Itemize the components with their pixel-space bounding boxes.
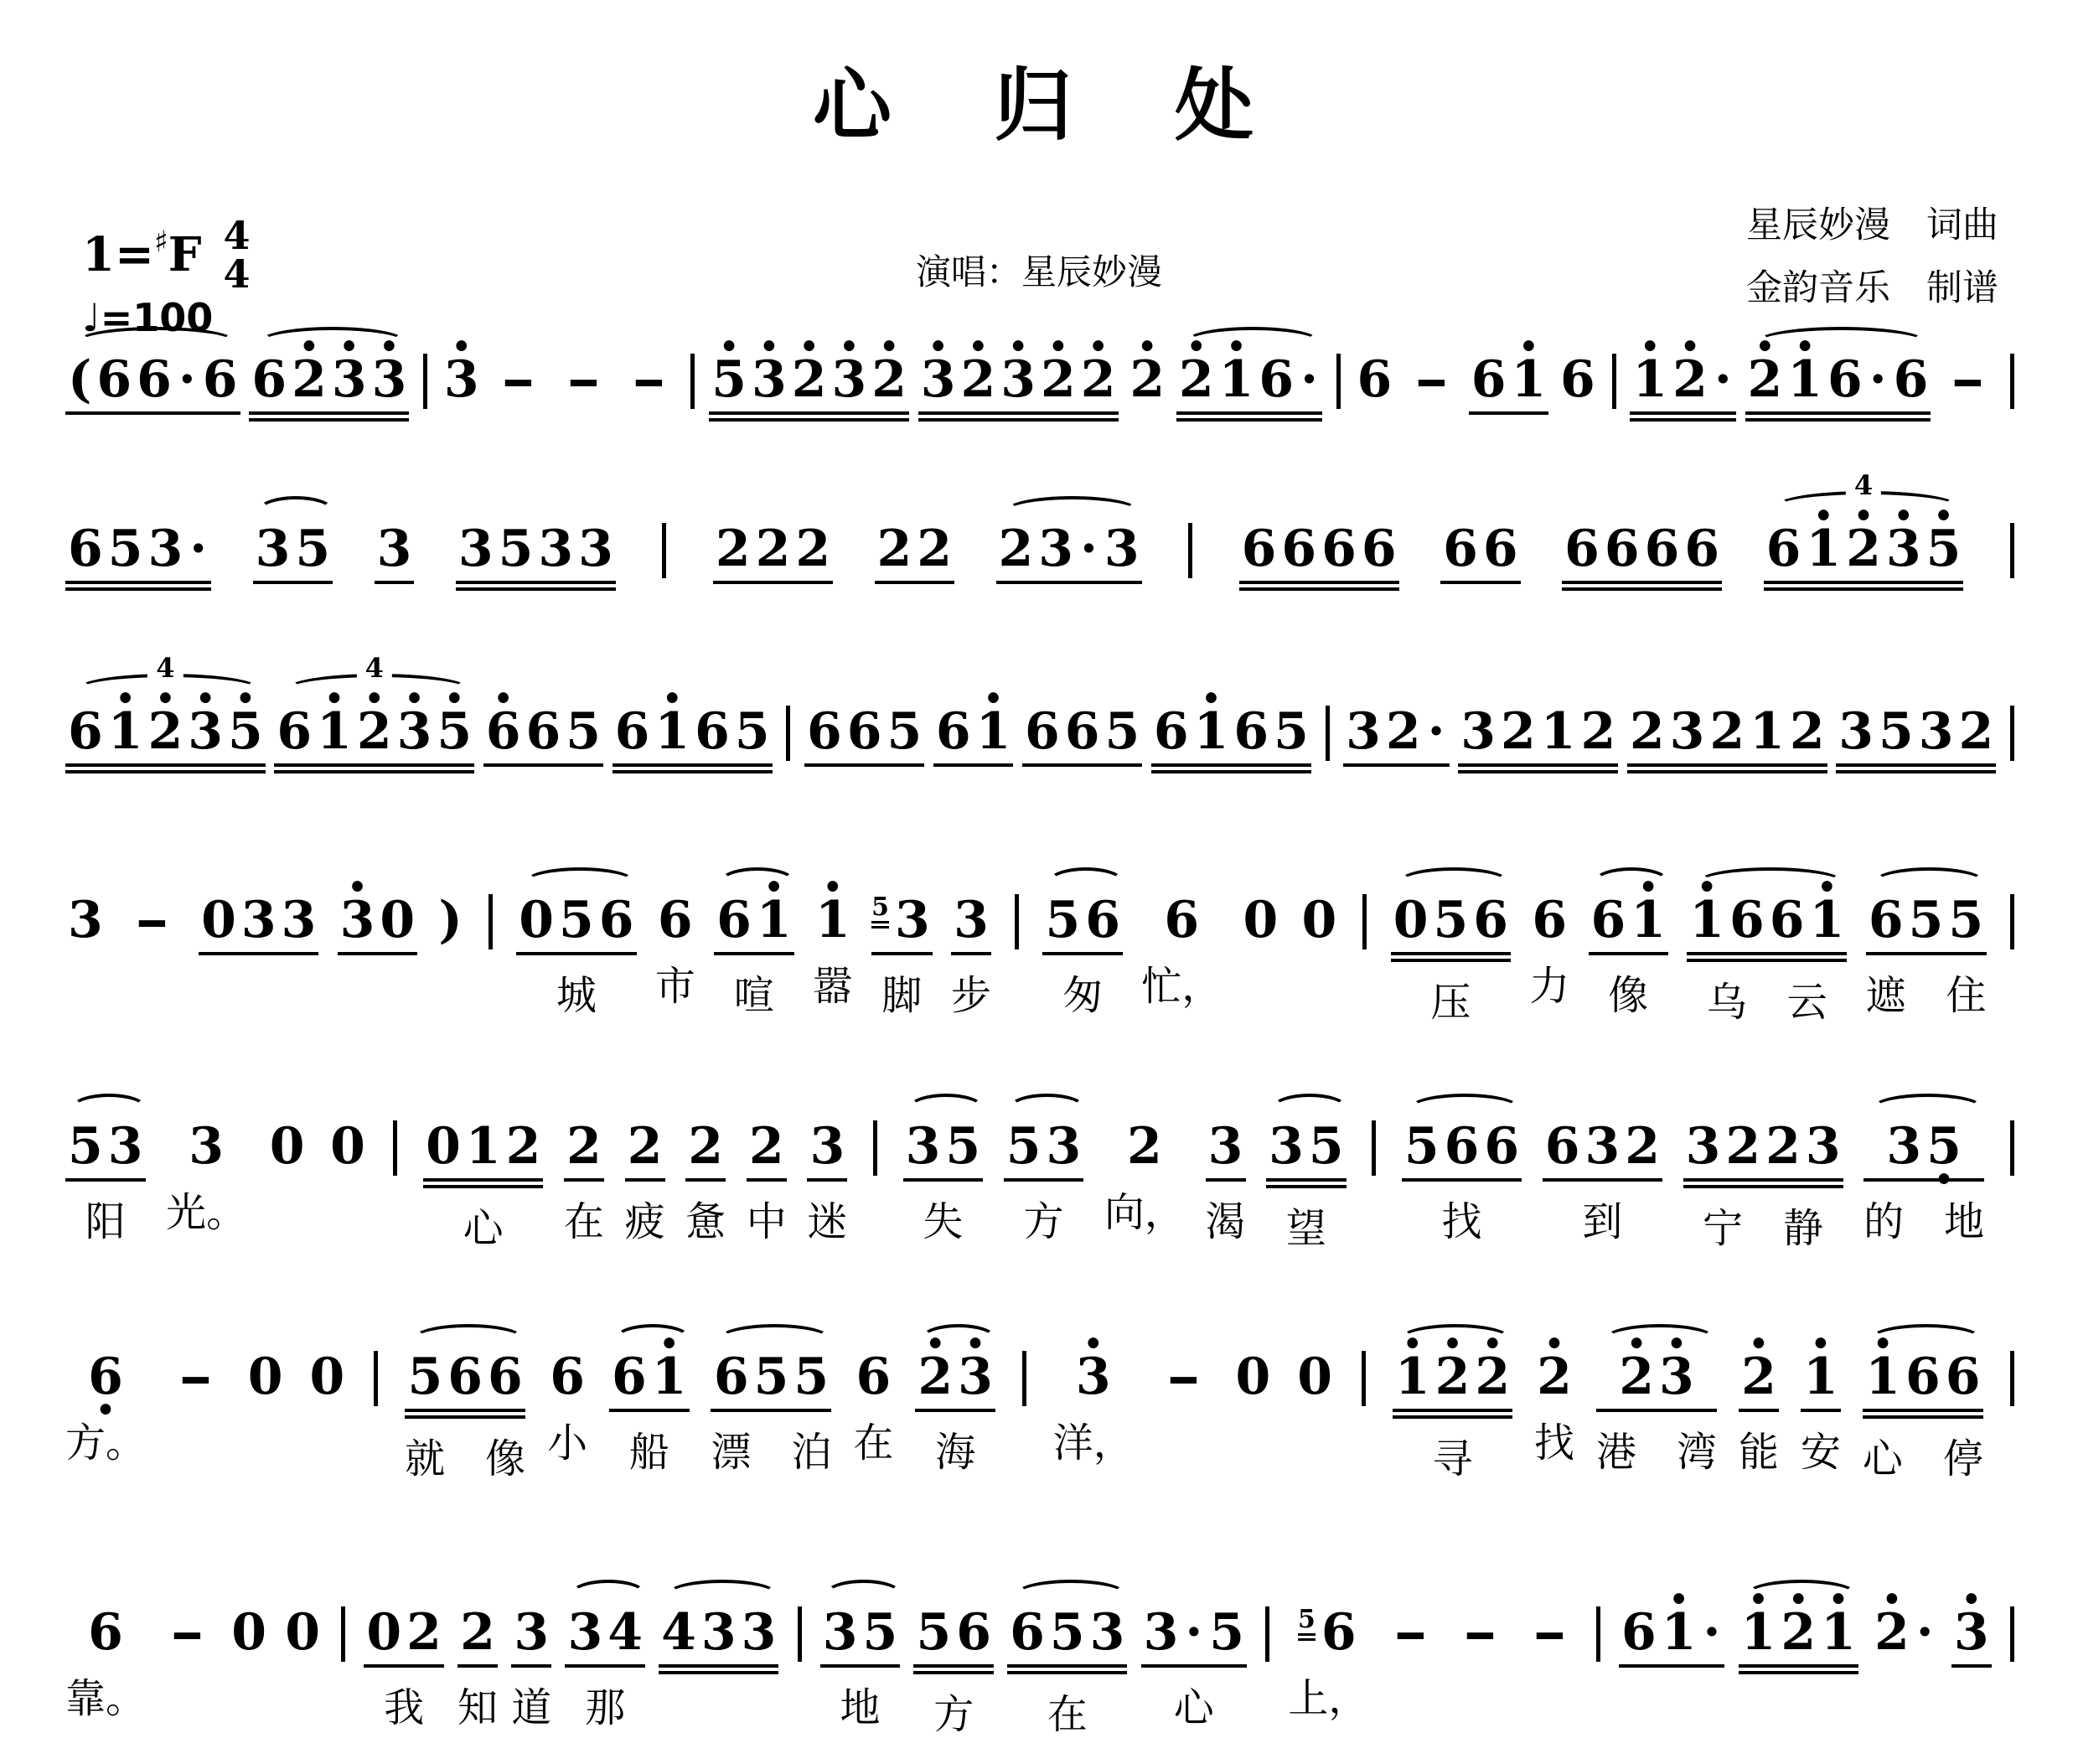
- notes: 216·6: [1745, 354, 1931, 406]
- note-group: 61像: [1589, 894, 1669, 1018]
- beam-line: [456, 581, 616, 584]
- note: 2: [789, 354, 830, 406]
- lyric: 漂 泊: [711, 1430, 831, 1475]
- score: (66·662333---53232323222216·6-61612·216·…: [65, 0, 2019, 1764]
- beam-line: [1745, 418, 1931, 422]
- notes: 35: [253, 523, 333, 575]
- notes: 122: [1393, 1351, 1512, 1403]
- note: 2: [457, 1606, 498, 1658]
- note: 3: [830, 354, 870, 406]
- note-group: -: [621, 354, 677, 406]
- notes: -: [168, 1351, 224, 1403]
- beam-line: [747, 1178, 787, 1182]
- beam-line: [405, 1409, 525, 1412]
- note: 6: [1767, 894, 1807, 946]
- notes: 61: [1589, 894, 1669, 946]
- note-group: 3: [442, 354, 482, 406]
- note: 0: [1391, 894, 1431, 946]
- system-7: 6靠。-0002我2知3道34那43335地56方653在3·5心56上，---…: [65, 1606, 2019, 1737]
- notes: 02: [364, 1606, 444, 1658]
- note: 6: [1279, 523, 1319, 575]
- dot-note: ·: [1710, 354, 1736, 406]
- lyric: 安: [1801, 1430, 1841, 1475]
- notes: 012: [423, 1120, 543, 1172]
- note: 0: [1233, 1351, 1274, 1403]
- note-group: -: [168, 1351, 224, 1403]
- notes: -: [124, 894, 180, 946]
- note: 2: [1956, 706, 1996, 758]
- note: 3: [1667, 706, 1708, 758]
- note: 4: [659, 1606, 699, 1658]
- beam-line: [1022, 763, 1142, 767]
- notes: 3532: [1836, 706, 1996, 758]
- note: 3: [456, 523, 496, 575]
- note-group: 2向，: [1104, 1120, 1185, 1235]
- note: 3: [511, 1606, 551, 1658]
- barline: [1362, 1351, 1366, 1406]
- note-group: 1嚣: [813, 894, 853, 1009]
- dash-note: -: [561, 354, 606, 406]
- lyric: 光。: [166, 1191, 246, 1235]
- note-group: 53232: [709, 354, 909, 422]
- beam-line: [709, 418, 909, 422]
- note: 6: [1903, 1351, 1943, 1403]
- note: 0: [328, 1120, 368, 1172]
- note: 2: [354, 706, 395, 758]
- note: 6: [1231, 706, 1271, 758]
- notes: 056: [516, 894, 636, 946]
- note: 6: [1562, 523, 1602, 575]
- barline: [1336, 354, 1341, 409]
- system-2: 653·35335332222223·36666666666461235: [65, 523, 2019, 591]
- beam-line: [951, 952, 991, 955]
- notes: 3533: [456, 523, 616, 575]
- beam-line: [1266, 1178, 1347, 1182]
- note: 1: [1628, 894, 1668, 946]
- note: 3: [375, 523, 415, 575]
- note: 6: [200, 354, 240, 406]
- notes: 121: [1739, 1606, 1858, 1658]
- notes: 166: [1863, 1351, 1982, 1403]
- note: 6: [134, 354, 174, 406]
- notes: 0: [267, 1120, 308, 1172]
- notes: 53: [65, 1120, 146, 1172]
- beam-line: [1630, 418, 1735, 422]
- barline: [1015, 894, 1019, 949]
- lyric: 洋，: [1053, 1421, 1134, 1466]
- dash-note: -: [1946, 354, 1990, 406]
- note: 3: [892, 894, 933, 946]
- note-group: 3533: [456, 523, 616, 591]
- notes: 3: [951, 894, 991, 946]
- beam-line: [1469, 411, 1549, 415]
- note: 6: [1007, 1606, 1047, 1658]
- note: 5: [1306, 1120, 1347, 1172]
- note: 3: [253, 523, 293, 575]
- note: 0: [282, 1606, 323, 1658]
- system-3: 461235461235665616566561665616532·321223…: [65, 706, 2019, 773]
- barline: [488, 894, 493, 949]
- note: 6: [954, 1606, 994, 1658]
- beam-line: [199, 952, 318, 955]
- barline: [393, 1120, 397, 1176]
- lyric: 船: [629, 1430, 669, 1475]
- note-group: 461235: [274, 706, 474, 773]
- note-group: 655漂 泊: [711, 1351, 831, 1475]
- lyric: 向，: [1104, 1191, 1185, 1235]
- note: 3: [1884, 1120, 1924, 1172]
- beam-line: [1687, 959, 1847, 962]
- notes: 3: [1206, 1120, 1246, 1172]
- note: 1: [813, 894, 853, 946]
- beam-line: [253, 581, 333, 584]
- note: 3: [1141, 1606, 1181, 1658]
- note-group: 6666: [1562, 523, 1722, 591]
- note-group: 6靠。: [65, 1606, 146, 1721]
- beam-line: [1764, 587, 1964, 591]
- note: 5: [752, 1351, 792, 1403]
- notes: 3: [186, 1120, 226, 1172]
- note: 6: [1529, 894, 1569, 946]
- note: 6: [1161, 894, 1202, 946]
- note: 2: [1578, 706, 1618, 758]
- note: 6: [1083, 894, 1123, 946]
- notes: 665: [1022, 706, 1142, 758]
- notes: -: [1403, 354, 1460, 406]
- notes: 3: [442, 354, 482, 406]
- note-group: -: [1522, 1606, 1578, 1658]
- note: 2: [713, 523, 753, 575]
- lyric: 乌 云: [1707, 980, 1827, 1025]
- note: 5: [1924, 1120, 1964, 1172]
- note: 3: [565, 1606, 605, 1658]
- note-group: 6: [1355, 354, 1395, 406]
- notes: ): [436, 894, 464, 946]
- note: ): [436, 894, 464, 946]
- note-group: 222: [713, 523, 833, 584]
- note: 0: [377, 894, 417, 946]
- beam-line: [1739, 1664, 1858, 1668]
- note-group: 2: [1127, 354, 1167, 406]
- note: 3: [951, 894, 991, 946]
- beam-line: [1836, 770, 1996, 773]
- notes: 6165: [613, 706, 773, 758]
- tuplet-number: 4: [1846, 469, 1881, 501]
- note: 1: [463, 1120, 504, 1172]
- tuplet-number: 4: [147, 652, 183, 684]
- notes: -: [490, 354, 546, 406]
- note-group: 121: [1739, 1606, 1858, 1674]
- note: 2: [914, 523, 954, 575]
- notes: 23: [1616, 1351, 1697, 1403]
- notes: 0: [1240, 894, 1280, 946]
- dot-note: ·: [1912, 1606, 1938, 1658]
- notes: 056: [1391, 894, 1511, 946]
- note: 2: [1078, 354, 1119, 406]
- notes: 566: [1402, 1120, 1522, 1172]
- note-group: 35失: [903, 1120, 984, 1244]
- notes: 61235: [65, 706, 266, 758]
- lyric: 步: [951, 974, 991, 1018]
- lyric: 力: [1529, 965, 1569, 1009]
- dot-note: ·: [185, 523, 211, 575]
- note-group: 665: [483, 706, 603, 767]
- beam-line: [65, 763, 266, 767]
- notes: -: [1940, 354, 1996, 406]
- note-group: 6忙，: [1141, 894, 1222, 1009]
- beam-line: [1458, 770, 1618, 773]
- notes: 222: [713, 523, 833, 575]
- note: 6: [609, 1351, 649, 1403]
- notes: 433: [659, 1606, 778, 1658]
- note: 6: [613, 706, 653, 758]
- beam-line: [1683, 1185, 1843, 1188]
- note-group: 0: [1295, 1351, 1335, 1403]
- note: 6: [933, 706, 974, 758]
- notes: 0: [328, 1120, 368, 1172]
- notes: 0: [307, 1351, 347, 1403]
- dot-note: ·: [1076, 523, 1102, 575]
- beam-line: [65, 411, 240, 415]
- beam-line: [1007, 1664, 1127, 1668]
- lyric: 压: [1430, 980, 1471, 1025]
- beam-line: [1863, 1415, 1983, 1419]
- lyric: 方: [933, 1693, 974, 1737]
- notes: 2: [685, 1120, 726, 1172]
- barline: [2010, 706, 2014, 761]
- note: 6: [94, 354, 134, 406]
- note: 3: [903, 1120, 943, 1172]
- notes: -: [1383, 1606, 1439, 1658]
- note: 0: [246, 1351, 286, 1403]
- note-group: 665: [804, 706, 924, 767]
- notes: 56: [913, 1606, 994, 1658]
- beam-line: [511, 1664, 551, 1668]
- note: 3: [146, 523, 186, 575]
- notes: 61235: [274, 706, 474, 758]
- notes: 3·5: [1141, 1606, 1247, 1658]
- note-group: 53方: [1004, 1120, 1084, 1244]
- beam-line: [871, 952, 933, 955]
- note: 5: [106, 523, 146, 575]
- barline: [2010, 894, 2014, 949]
- beam-line: [933, 763, 1014, 767]
- note: 3: [1582, 1120, 1622, 1172]
- beam-line: [1343, 763, 1449, 767]
- notes: 2: [1124, 1120, 1165, 1172]
- note: 2: [289, 354, 329, 406]
- notes: 66: [1440, 523, 1521, 575]
- notes: 56: [1298, 1606, 1359, 1658]
- dash-note: -: [1458, 1606, 1502, 1658]
- note-group: 3532: [1836, 706, 1996, 773]
- note: 5: [1946, 894, 1986, 946]
- lyric: 宁 静: [1703, 1207, 1823, 1251]
- note-group: 3洋，: [1053, 1351, 1134, 1466]
- notes: 655: [711, 1351, 831, 1403]
- note: 6: [1151, 706, 1191, 758]
- note: 2: [1670, 354, 1710, 406]
- note: 1: [1818, 1606, 1858, 1658]
- note: (: [65, 354, 94, 406]
- beam-line: [1391, 952, 1511, 955]
- note-group: 566就 像: [405, 1351, 525, 1482]
- note: 3: [186, 1120, 226, 1172]
- notes: 35: [820, 1606, 901, 1658]
- note: 6: [1062, 706, 1103, 758]
- note: 5: [943, 1120, 983, 1172]
- beam-line: [1393, 1415, 1512, 1419]
- lyric: 能: [1739, 1430, 1779, 1475]
- lyric: 港 湾: [1596, 1430, 1717, 1475]
- note: 1: [1863, 1351, 1903, 1403]
- beam-line: [913, 1671, 994, 1674]
- notes: 61: [609, 1351, 690, 1403]
- note: 6: [1619, 1606, 1659, 1658]
- notes: 23·3: [996, 523, 1142, 575]
- note-group: -: [490, 354, 546, 406]
- notes: 6233: [249, 354, 409, 406]
- notes: 61·: [1619, 1606, 1724, 1658]
- notes: 3: [1951, 1606, 1992, 1658]
- note: 3: [1073, 1351, 1114, 1403]
- note: 1: [754, 894, 794, 946]
- note-group: 033: [199, 894, 318, 955]
- barline: [873, 1120, 877, 1176]
- lyric: 在: [1047, 1693, 1088, 1737]
- note-group: 056压: [1391, 894, 1511, 1025]
- lyric: 像: [1608, 974, 1648, 1018]
- notes: 1: [813, 894, 853, 946]
- dash-note: -: [1527, 1606, 1572, 1658]
- note: 5: [1042, 894, 1083, 946]
- notes: 6666: [1239, 523, 1399, 575]
- note: 6: [445, 1351, 485, 1403]
- note: 6: [547, 1351, 587, 1403]
- beam-line: [1627, 763, 1827, 767]
- dash-note: -: [497, 354, 541, 406]
- note-group: 2找: [1534, 1351, 1574, 1466]
- barline: [2010, 354, 2014, 409]
- note: 2: [685, 1120, 726, 1172]
- notes: 6: [655, 894, 695, 946]
- note-group: 653·: [65, 523, 211, 591]
- note: 6: [1239, 523, 1279, 575]
- note-group: -: [1452, 1606, 1508, 1658]
- note-group: 6233: [249, 354, 409, 422]
- beam-line: [1687, 952, 1847, 955]
- note-group: 566找: [1402, 1120, 1522, 1244]
- note-group: 23港 湾: [1596, 1351, 1717, 1475]
- note-group: 35望: [1266, 1120, 1347, 1251]
- notes: 6: [547, 1351, 587, 1403]
- note: 6: [1891, 354, 1931, 406]
- note: 5: [556, 894, 597, 946]
- note-group: 3223宁 静: [1683, 1120, 1843, 1251]
- note: 2: [753, 523, 793, 575]
- note-group: 3: [65, 894, 106, 946]
- note-group: 6市: [655, 894, 695, 1009]
- note-group: 166心 停: [1863, 1351, 1983, 1482]
- note: 6: [714, 894, 754, 946]
- dash-note: -: [130, 894, 174, 946]
- note-group: 6力: [1529, 894, 1569, 1009]
- note: 4: [605, 1606, 645, 1658]
- note: 5: [1924, 523, 1964, 575]
- notes: 56: [1042, 894, 1123, 946]
- barline: [2010, 1606, 2014, 1662]
- note-group: 3: [1951, 1606, 1992, 1668]
- note: 6: [1558, 354, 1598, 406]
- notes: 3: [1073, 1351, 1114, 1403]
- note: 2: [1124, 1120, 1165, 1172]
- note: 5: [563, 706, 603, 758]
- note: 1: [1785, 354, 1825, 406]
- note: 2: [564, 1120, 604, 1172]
- dot-note: ·: [1865, 354, 1891, 406]
- notes: -: [556, 354, 612, 406]
- barline: [2010, 1120, 2014, 1176]
- note: 5: [791, 1351, 831, 1403]
- notes: 35: [1266, 1120, 1347, 1172]
- lyric: 小: [547, 1421, 587, 1466]
- lyric: 那: [585, 1686, 625, 1730]
- dot-note: ·: [1699, 1606, 1725, 1658]
- note-group: 665: [1022, 706, 1142, 767]
- beam-line: [918, 411, 1119, 415]
- note: 3: [1102, 523, 1142, 575]
- beam-line: [915, 1409, 995, 1412]
- note-group: 12·: [1630, 354, 1735, 422]
- note: 3: [1657, 1351, 1697, 1403]
- beam-line: [1863, 1178, 1984, 1182]
- beam-line: [1042, 952, 1123, 955]
- note-group: 1安: [1801, 1351, 1841, 1475]
- sheet-music-page: 心 归 处 演唱：星辰妙漫 星辰妙漫 词曲 金韵音乐 制谱 1=♯F 4 4 ♩…: [0, 0, 2078, 1764]
- note: 6: [1764, 523, 1804, 575]
- note: 3: [338, 894, 378, 946]
- note: 3: [820, 1606, 861, 1658]
- grace-note: 5: [871, 894, 889, 929]
- note: 6: [1727, 894, 1767, 946]
- barline: [2010, 1351, 2014, 1406]
- note-group: 0: [267, 1120, 308, 1172]
- beam-line: [903, 1178, 984, 1182]
- lyric: 海: [935, 1430, 975, 1475]
- note: 5: [1004, 1120, 1044, 1172]
- lyric: 市: [655, 965, 695, 1009]
- note-group: (66·6: [65, 354, 240, 415]
- note-group: -: [1940, 354, 1996, 406]
- dash-note: -: [1388, 1606, 1433, 1658]
- note-group: -: [1155, 1351, 1212, 1403]
- note: 6: [1442, 1120, 1482, 1172]
- beam-line: [483, 763, 603, 767]
- barline: [1265, 1606, 1269, 1662]
- note: 6: [485, 1351, 525, 1403]
- note: 1: [1509, 354, 1549, 406]
- beam-line: [1863, 1409, 1983, 1412]
- beam-line: [918, 418, 1119, 422]
- note-group: 61: [933, 706, 1014, 767]
- note: 0: [1240, 894, 1280, 946]
- note: 6: [854, 1351, 894, 1403]
- notes: 53: [871, 894, 933, 946]
- note: 6: [1319, 1606, 1359, 1658]
- dash-note: -: [627, 354, 671, 406]
- note-group: 012心: [423, 1120, 543, 1251]
- beam-line: [457, 1664, 498, 1668]
